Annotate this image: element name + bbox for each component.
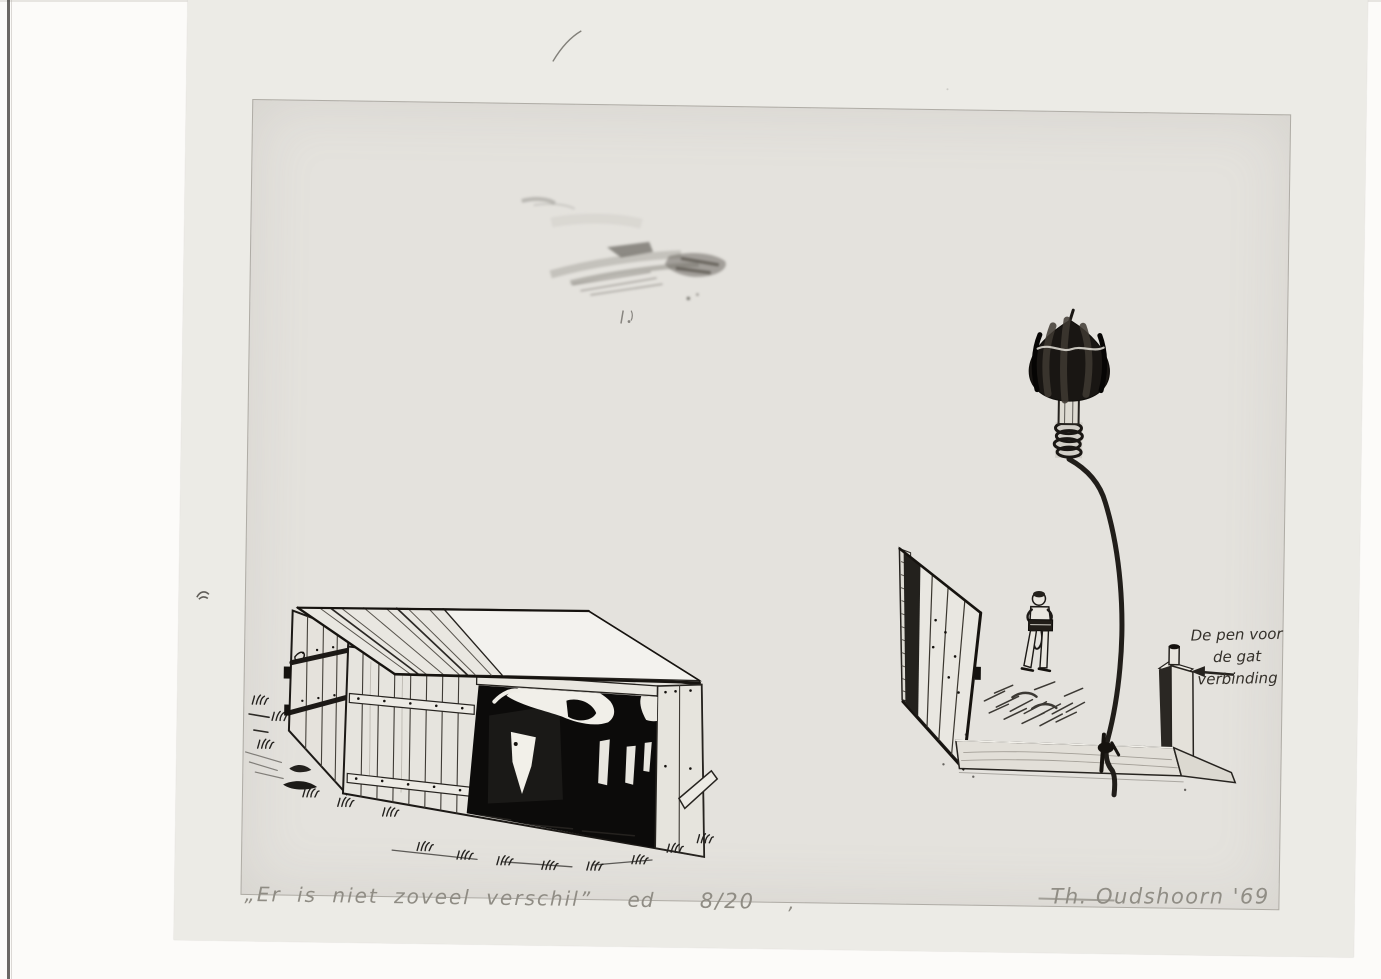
signature-text: Th. Oudshoorn '69 (1051, 885, 1270, 909)
edition-number: 8/20 (700, 889, 756, 914)
photo-left-edge-highlight (11, 0, 12, 979)
balloon-neck (1059, 398, 1079, 424)
title-text: „Er is niet zoveel verschil” (244, 882, 592, 911)
scratch-mark (545, 27, 590, 68)
tiny-plate-marks (621, 310, 632, 323)
photo-left-edge (7, 0, 10, 979)
etching-artwork (241, 100, 1290, 909)
connector-peg (1168, 644, 1179, 665)
cow-crate (244, 606, 720, 872)
margin-squiggle (195, 588, 213, 602)
etching-paper-sheet: De pen voor de gat verbinding „Er is nie… (174, 0, 1368, 957)
crate-gable-wall (282, 611, 349, 794)
balloon (1029, 310, 1111, 402)
annotation-line-3: verbinding (1187, 667, 1287, 691)
trailing-comma: , (788, 890, 797, 914)
ink-annotation: De pen voor de gat verbinding (1186, 624, 1287, 691)
ink-smudge (520, 199, 726, 301)
plate-impression: De pen voor de gat verbinding (240, 99, 1291, 910)
photograph-of-etching: De pen voor de gat verbinding „Er is nie… (0, 0, 1381, 979)
fence-panel (896, 549, 982, 770)
paper-speck (946, 88, 948, 90)
inflation-pen (896, 308, 1242, 797)
annotation-line-2: de gat (1187, 645, 1287, 669)
fence-latch (975, 667, 981, 680)
artist-signature: Th. Oudshoorn '69 (1051, 885, 1270, 909)
man-figure (1022, 591, 1053, 671)
coil-wrap (1054, 422, 1083, 458)
annotation-line-1: De pen voor (1186, 624, 1286, 648)
edition-label: ed (627, 888, 654, 912)
